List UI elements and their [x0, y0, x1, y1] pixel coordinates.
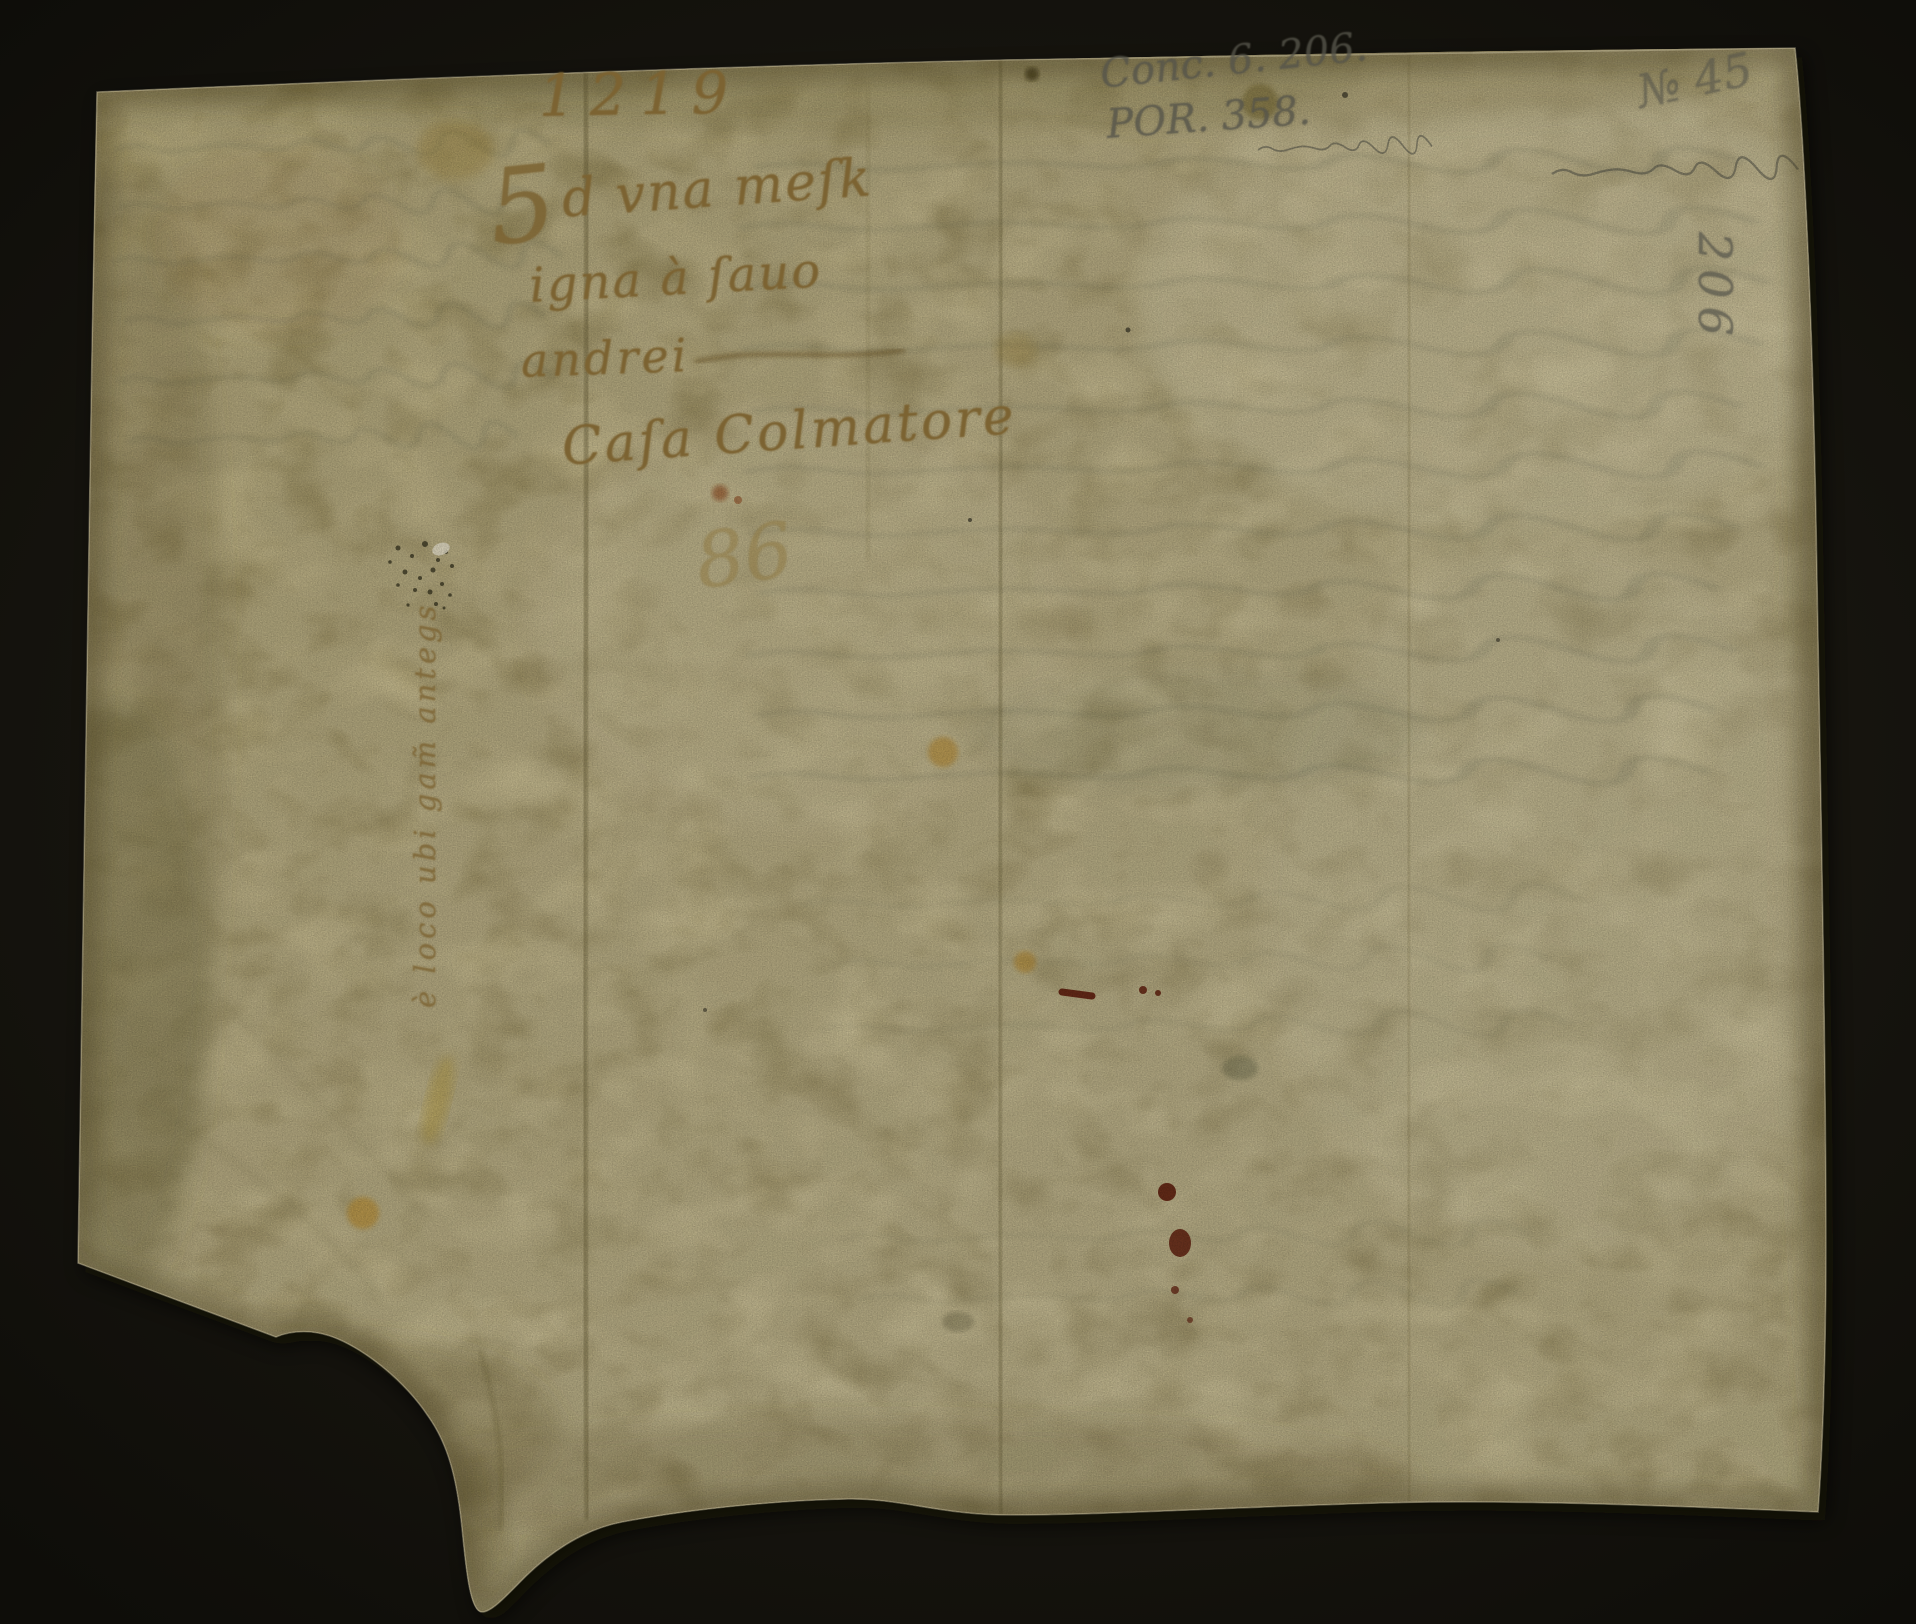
parchment-grain: [0, 0, 1916, 1624]
parchment-artwork: [0, 0, 1916, 1624]
photograph-of-parchment-verso: 1219 5 d vna meſk igna à ſauo andrei Caſ…: [0, 0, 1916, 1624]
